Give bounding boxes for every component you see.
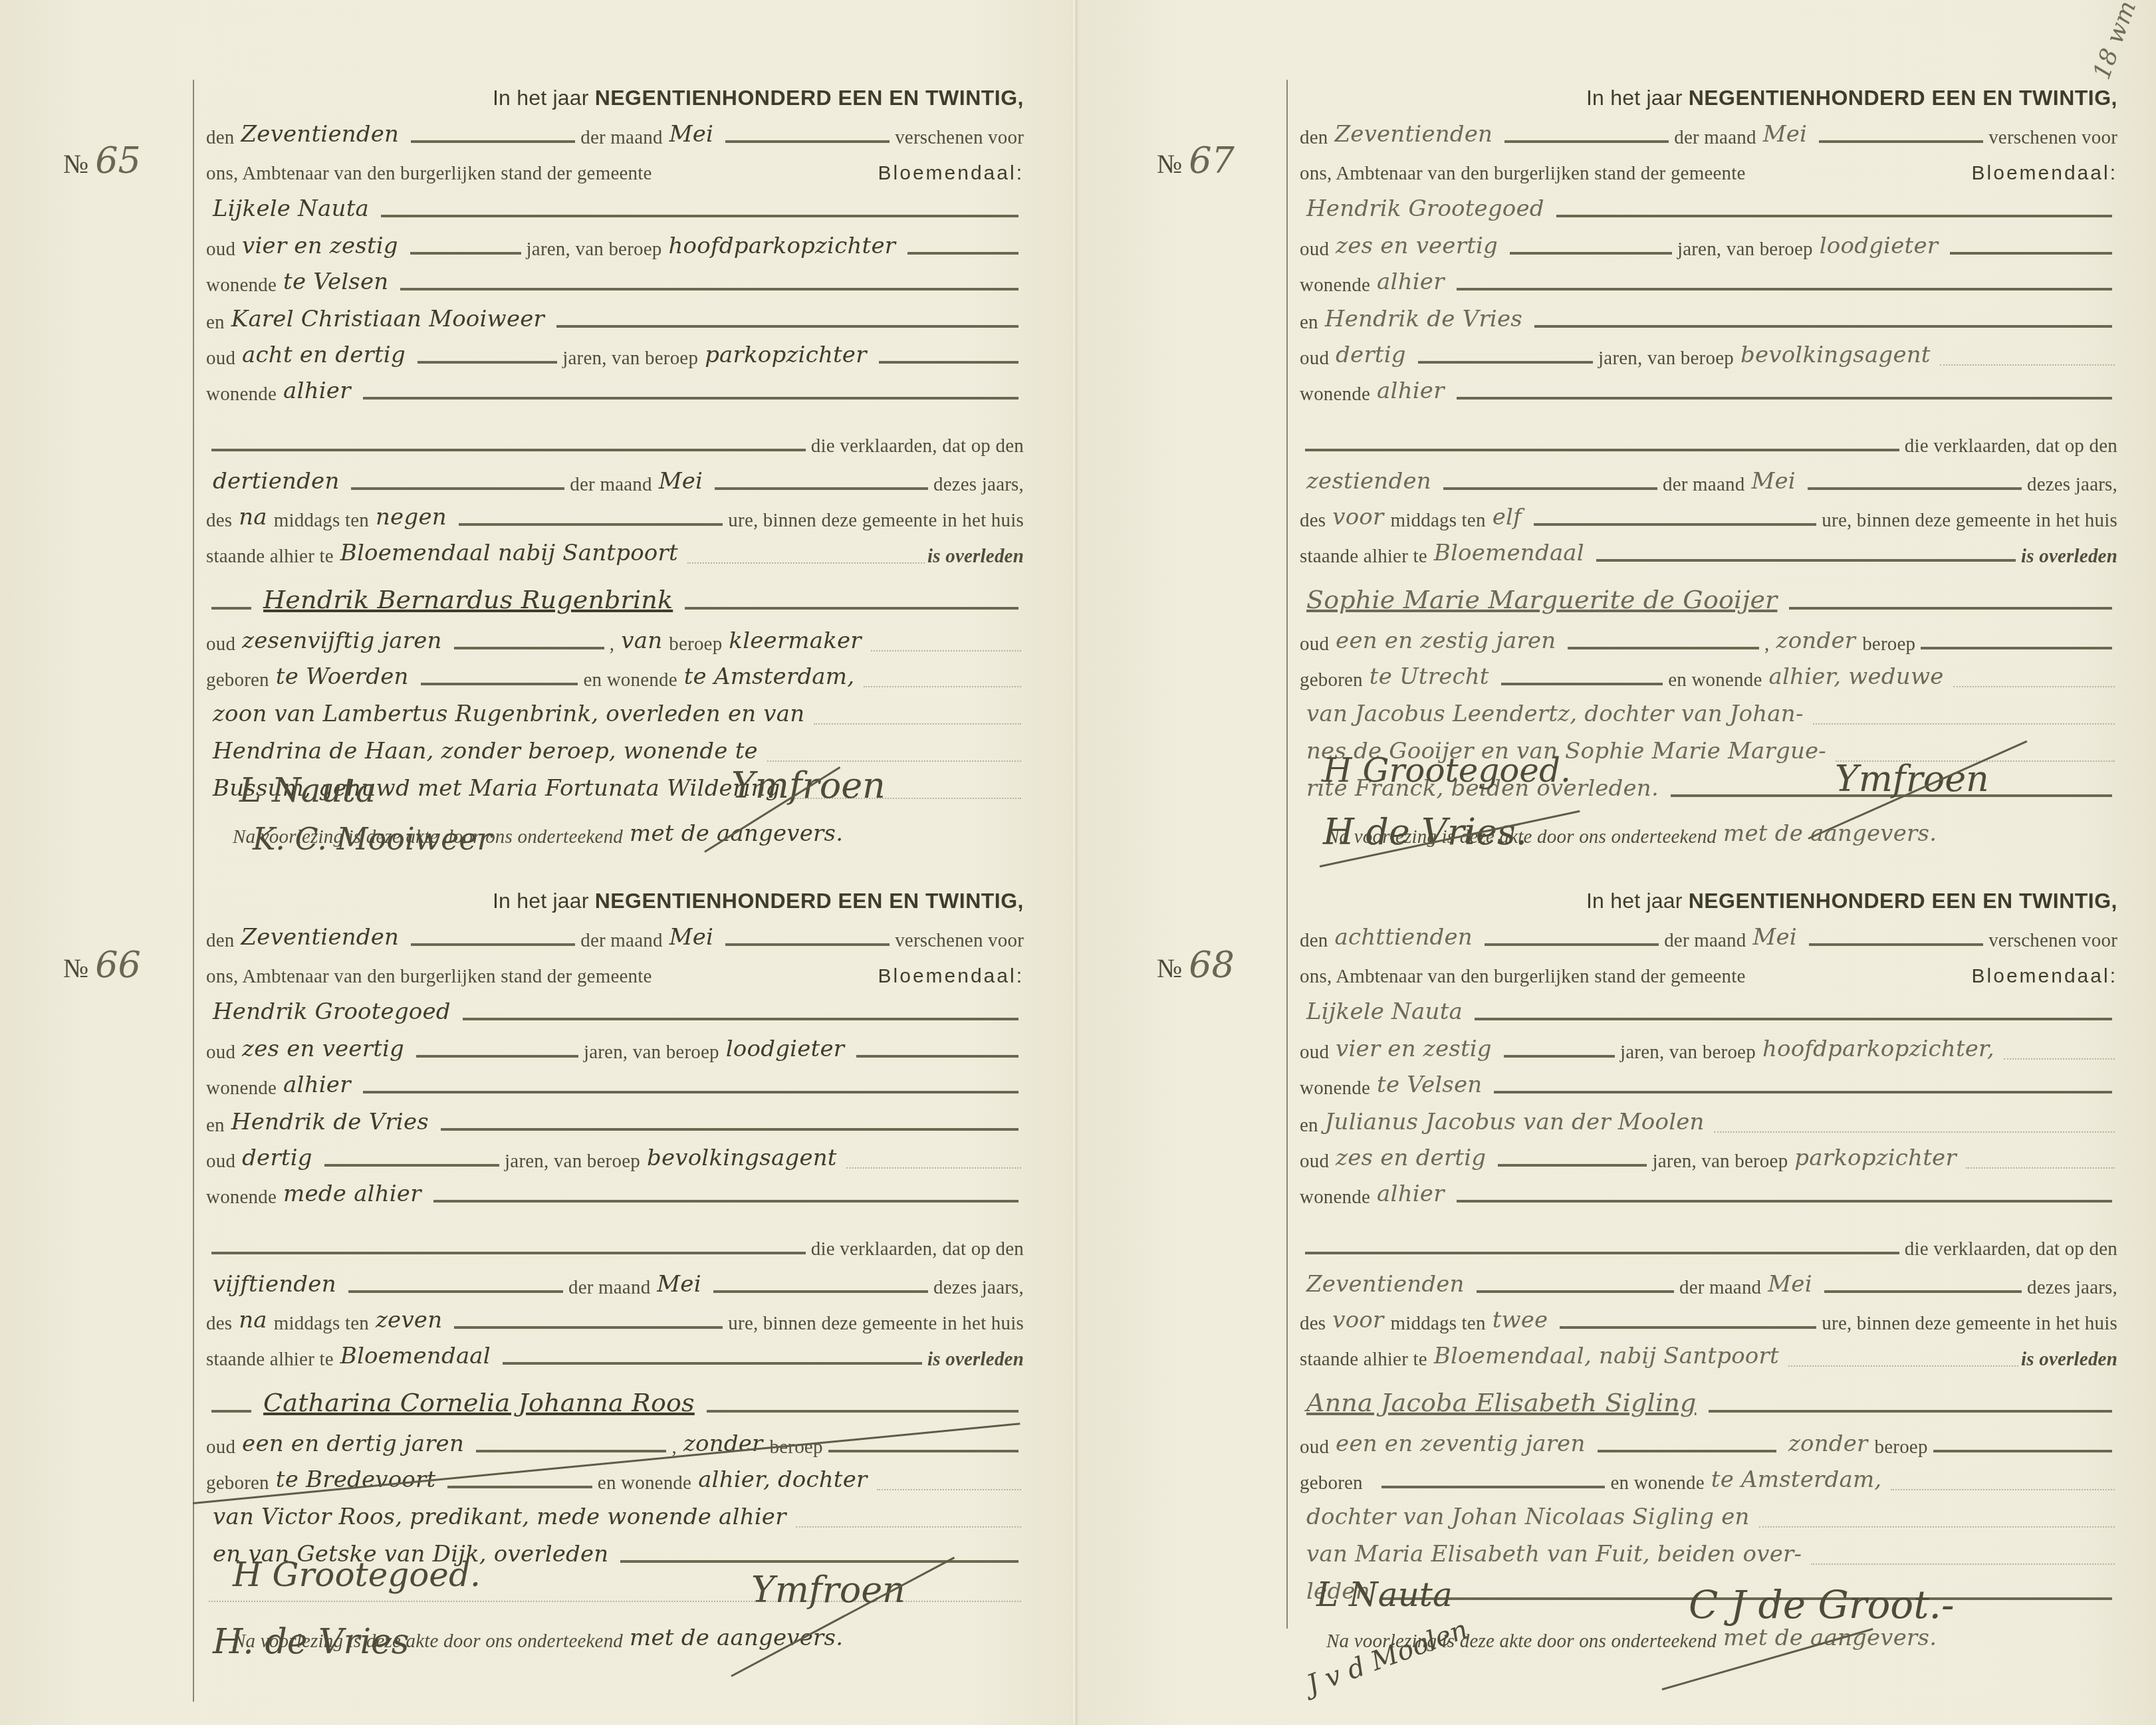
declarant1-name-line: Lijkele Nauta (206, 186, 1024, 223)
label-beroep: beroep (1875, 1437, 1928, 1458)
detail-text: van Jacobus Leendertz, dochter van Johan… (1300, 701, 1810, 727)
date-line: den achttienden der maand Mei verschenen… (1300, 915, 2117, 952)
label-en-wonende: en wonende (598, 1472, 691, 1494)
death-hour: elf (1486, 504, 1528, 530)
detail-line: zoon van Lambertus Rugenbrink, overleden… (206, 691, 1024, 729)
declarant2-name-line: en Hendrik de Vries (206, 1099, 1024, 1137)
death-date-line: dertienden der maand Mei dezes jaars, (206, 459, 1024, 496)
header-year: NEGENTIENHONDERD EEN EN TWINTIG, (595, 889, 1024, 913)
label-verklaarden: die verklaarden, dat op den (811, 435, 1024, 457)
label-staande: staande alhier te (206, 546, 334, 568)
header-line: In het jaar NEGENTIENHONDERD EEN EN TWIN… (206, 73, 1024, 110)
declarant2-name: Hendrik de Vries (225, 1109, 435, 1135)
label-beroep: jaren, van beroep (527, 239, 662, 261)
deceased-name-line: Anna Jacoba Elisabeth Sigling (1300, 1381, 2117, 1419)
label-oud: oud (1300, 1437, 1329, 1458)
time-part: voor (1326, 1307, 1390, 1333)
declarant2-residence-line: wonende alhier (1300, 368, 2117, 405)
label-oud: oud (206, 1437, 235, 1458)
label-geboren: geboren (206, 1472, 269, 1494)
label-beroep: jaren, van beroep (1620, 1042, 1756, 1064)
label-den: den (1300, 930, 1328, 952)
label-den: den (206, 127, 234, 149)
declarant1-name: Lijkele Nauta (206, 195, 376, 222)
official-line: ons, Ambtenaar van den burgerlijken stan… (1300, 148, 2117, 185)
label-des: des (206, 1313, 232, 1335)
declarant2-residence-line: wonende alhier (206, 368, 1024, 405)
label-ambtenaar: ons, Ambtenaar van den burgerlijken stan… (1300, 163, 1746, 185)
day-field: Zeventienden (1328, 121, 1499, 148)
death-month: Mei (652, 468, 709, 495)
detail-line: Hendrina de Haan, zonder beroep, wonende… (206, 729, 1024, 766)
deceased-name: Anna Jacoba Elisabeth Sigling (1300, 1388, 1703, 1417)
occupation-prefix: zonder (1782, 1431, 1875, 1457)
death-place: Bloemendaal (1427, 540, 1591, 566)
label-ambtenaar: ons, Ambtenaar van den burgerlijken stan… (206, 966, 652, 988)
label-staande: staande alhier te (1300, 546, 1427, 568)
declarant1-residence: alhier (1370, 269, 1451, 295)
month-field: Mei (663, 924, 720, 951)
left-margin-rule (193, 80, 194, 1702)
label-wonende: wonende (206, 1078, 277, 1099)
label-geboren: geboren (1300, 669, 1363, 691)
label-ure: ure, binnen deze gemeente in het huis (728, 1313, 1024, 1335)
time-part: voor (1326, 504, 1390, 530)
deceased-age-line: oud zesenvijftig jaren , van beroep klee… (206, 618, 1024, 655)
official-line: ons, Ambtenaar van den burgerlijken stan… (206, 951, 1024, 988)
detail-line: van Maria Elisabeth van Fuit, beiden ove… (1300, 1532, 2117, 1569)
time-part: na (232, 1307, 274, 1333)
declarant1-name: Lijkele Nauta (1300, 998, 1469, 1025)
deceased-name-line: Hendrik Bernardus Rugenbrink (206, 578, 1024, 616)
label-oud: oud (206, 1042, 235, 1064)
declarant2-occupation: bevolkingsagent (1734, 342, 1937, 368)
entry-number-65: №65 (63, 140, 141, 181)
birthplace: te Woerden (269, 663, 416, 690)
label-oud: oud (206, 633, 235, 655)
detail-text: van Maria Elisabeth van Fuit, beiden ove… (1300, 1541, 1808, 1567)
label-des: des (1300, 1313, 1326, 1335)
declaration-line: die verklaarden, dat op den (1300, 1223, 2117, 1260)
death-time-line: des voor middags ten elf ure, binnen dez… (1300, 495, 2117, 532)
declarant2-occupation: parkopzichter (1788, 1145, 1963, 1171)
number-symbol: № (1157, 953, 1182, 983)
death-date-line: zestienden der maand Mei dezes jaars, (1300, 459, 2117, 496)
deceased-birth-line: geboren te Utrecht en wonende alhier, we… (1300, 654, 2117, 691)
declarant2-name-line: en Karel Christiaan Mooiweer (206, 296, 1024, 334)
death-hour: zeven (369, 1307, 449, 1333)
death-place-line: staande alhier te Bloemendaal is overled… (1300, 530, 2117, 568)
label-ambtenaar: ons, Ambtenaar van den burgerlijken stan… (1300, 966, 1746, 988)
declarant2-occupation: parkopzichter (698, 342, 874, 368)
declarant2-age: dertig (235, 1145, 319, 1171)
deceased-age: een en zestig jaren (1329, 628, 1562, 654)
municipality: Bloemendaal: (878, 162, 1024, 185)
label-beroep: jaren, van beroep (562, 348, 698, 370)
declarant1-name: Hendrik Grootegoed (206, 998, 457, 1025)
occupation-prefix: van (614, 628, 669, 654)
label-oud: oud (1300, 1151, 1329, 1173)
label-oud: oud (1300, 348, 1329, 370)
declarant1-residence-line: wonende alhier (1300, 259, 2117, 296)
label-der-maand: der maand (570, 474, 652, 496)
label-beroep: jaren, van beroep (1652, 1151, 1788, 1173)
death-day: zestienden (1300, 468, 1438, 495)
label-staande: staande alhier te (206, 1349, 334, 1371)
month-field: Mei (1746, 924, 1804, 951)
deceased-name-line: Sophie Marie Marguerite de Gooijer (1300, 578, 2117, 616)
label-verschenen: verschenen voor (1988, 930, 2117, 952)
label-verschenen: verschenen voor (895, 127, 1024, 149)
declarant1-occupation: hoofdparkopzichter, (1756, 1036, 2001, 1062)
label-wonende: wonende (1300, 1078, 1370, 1099)
death-place-line: staande alhier te Bloemendaal, nabij San… (1300, 1333, 2117, 1371)
detail-text: van Victor Roos, predikant, mede wonende… (206, 1504, 793, 1530)
municipality: Bloemendaal: (878, 965, 1024, 988)
deceased-residence: te Amsterdam, (1705, 1466, 1889, 1493)
label-dezes-jaars: dezes jaars, (2027, 1277, 2117, 1299)
label-ure: ure, binnen deze gemeente in het huis (1822, 510, 2117, 532)
signature-declarant2: H. de Vries (213, 1622, 410, 1662)
label-den: den (1300, 127, 1328, 149)
day-field: Zeventienden (234, 924, 406, 951)
label-beroep: jaren, van beroep (584, 1042, 719, 1064)
declarant2-residence: mede alhier (277, 1181, 428, 1207)
label-geboren: geboren (1300, 1472, 1363, 1494)
declarant2-age-line: oud zes en dertig jaren, van beroep park… (1300, 1135, 2117, 1173)
label-middags: middags ten (1390, 1313, 1485, 1335)
signed-with: met de aangevers. (1717, 820, 1943, 847)
declarant1-age-line: oud vier en zestig jaren, van beroep hoo… (1300, 1026, 2117, 1064)
signature-declarant1: L Nauta (1316, 1575, 1453, 1614)
header-line: In het jaar NEGENTIENHONDERD EEN EN TWIN… (1300, 73, 2117, 110)
label-en: en (1300, 1115, 1318, 1137)
signed-with: met de aangevers. (623, 1625, 850, 1651)
declarant2-age: zes en dertig (1329, 1145, 1493, 1171)
detail-text: dochter van Johan Nicolaas Sigling en (1300, 1504, 1756, 1530)
label-verklaarden: die verklaarden, dat op den (1905, 1238, 2117, 1260)
declarant2-age-line: oud acht en dertig jaren, van beroep par… (206, 332, 1024, 370)
detail-line: van Victor Roos, predikant, mede wonende… (206, 1494, 1024, 1532)
death-date-line: vijftienden der maand Mei dezes jaars, (206, 1262, 1024, 1299)
declarant1-occupation: loodgieter (719, 1036, 851, 1062)
day-field: achttienden (1328, 924, 1479, 951)
label-en: en (206, 1115, 225, 1137)
signature-registrar: C J de Groot.- (1689, 1582, 1955, 1627)
label-wonende: wonende (206, 275, 277, 296)
occupation-prefix: zonder (1770, 628, 1863, 654)
label-der-maand: der maand (1664, 930, 1746, 952)
label-der-maand: der maand (580, 127, 662, 149)
death-day: Zeventienden (1300, 1271, 1471, 1298)
label-oud: oud (1300, 239, 1329, 261)
declarant1-name: Hendrik Grootegoed (1300, 195, 1551, 222)
label-overleden: is overleden (2021, 546, 2117, 568)
label-der-maand: der maand (1663, 474, 1744, 496)
number-symbol: № (1157, 149, 1182, 179)
deceased-age: een en dertig jaren (235, 1431, 471, 1457)
death-place: Bloemendaal nabij Santpoort (334, 540, 685, 566)
declarant2-name: Julianus Jacobus van der Moolen (1318, 1109, 1711, 1135)
death-hour: twee (1486, 1307, 1555, 1333)
declaration-line: die verklaarden, dat op den (206, 420, 1024, 457)
signed-with: met de aangevers. (623, 820, 850, 847)
header-prefix: In het jaar (493, 889, 589, 913)
label-wonende: wonende (1300, 275, 1370, 296)
label-der-maand: der maand (568, 1277, 650, 1299)
entry-number: 67 (1189, 140, 1235, 181)
declarant1-age: vier en zestig (235, 233, 405, 259)
label-staande: staande alhier te (1300, 1349, 1427, 1371)
declarant2-occupation: bevolkingsagent (640, 1145, 844, 1171)
declarant1-occupation: hoofdparkopzichter (662, 233, 903, 259)
label-wonende: wonende (1300, 384, 1370, 405)
declarant1-occupation: loodgieter (1813, 233, 1945, 259)
declarant1-name-line: Hendrik Grootegoed (206, 989, 1024, 1026)
label-ure: ure, binnen deze gemeente in het huis (1822, 1313, 2117, 1335)
death-day: vijftienden (206, 1271, 343, 1298)
declarant2-residence-line: wonende alhier (1300, 1171, 2117, 1208)
declarant1-residence-line: wonende te Velsen (206, 259, 1024, 296)
label-dezes-jaars: dezes jaars, (933, 474, 1024, 496)
declarant1-age-line: oud zes en veertig jaren, van beroep loo… (206, 1026, 1024, 1064)
death-place: Bloemendaal, nabij Santpoort (1427, 1343, 1786, 1369)
entry-number: 68 (1189, 944, 1235, 986)
municipality: Bloemendaal: (1972, 162, 2117, 185)
label-en: en (206, 312, 225, 334)
label-verklaarden: die verklaarden, dat op den (811, 1238, 1024, 1260)
label-verklaarden: die verklaarden, dat op den (1905, 435, 2117, 457)
entry-number-67: №67 (1157, 140, 1235, 181)
signature-declarant2: K. C. Mooiweer (253, 821, 491, 857)
declarant2-residence: alhier (277, 378, 358, 404)
birthplace: te Bredevoort (269, 1466, 443, 1493)
signature-declarant1: H Grootegoed. (1323, 751, 1571, 790)
declarant2-age: acht en dertig (235, 342, 412, 368)
label-beroep: beroep (669, 633, 722, 655)
death-place-line: staande alhier te Bloemendaal is overled… (206, 1333, 1024, 1371)
number-symbol: № (63, 149, 88, 179)
death-place-line: staande alhier te Bloemendaal nabij Sant… (206, 530, 1024, 568)
declarant1-age-line: oud vier en zestig jaren, van beroep hoo… (206, 223, 1024, 261)
label-ambtenaar: ons, Ambtenaar van den burgerlijken stan… (206, 163, 652, 185)
municipality: Bloemendaal: (1972, 965, 2117, 988)
declarant2-residence: alhier (1370, 1181, 1451, 1207)
declarant1-residence: alhier (277, 1072, 358, 1098)
entry-number-66: №66 (63, 944, 141, 986)
label-verschenen: verschenen voor (1988, 127, 2117, 149)
signed-with: met de aangevers. (1717, 1625, 1943, 1651)
death-month: Mei (650, 1271, 707, 1298)
label-oud: oud (1300, 633, 1329, 655)
declarant1-residence: te Velsen (1370, 1072, 1489, 1098)
death-time-line: des na middags ten negen ure, binnen dez… (206, 495, 1024, 532)
header-prefix: In het jaar (1586, 889, 1683, 913)
right-margin-rule (1286, 80, 1288, 1629)
label-beroep: beroep (1862, 633, 1915, 655)
declaration-line: die verklaarden, dat op den (1300, 420, 2117, 457)
signature-declarant2: H de Vries. (1323, 811, 1527, 853)
death-day: dertienden (206, 468, 346, 495)
label-overleden: is overleden (927, 546, 1024, 568)
declarant2-name-line: en Hendrik de Vries (1300, 296, 2117, 334)
deceased-name: Hendrik Bernardus Rugenbrink (257, 585, 679, 614)
death-month: Mei (1744, 468, 1802, 495)
label-wonende: wonende (206, 384, 277, 405)
date-line: den Zeventienden der maand Mei verschene… (206, 112, 1024, 149)
declarant2-residence-line: wonende mede alhier (206, 1171, 1024, 1208)
label-der-maand: der maand (1679, 1277, 1761, 1299)
day-field: Zeventienden (234, 121, 406, 148)
header-year: NEGENTIENHONDERD EEN EN TWINTIG, (1689, 86, 2117, 110)
declarant1-age: zes en veertig (1329, 233, 1504, 259)
declarant2-age-line: oud dertig jaren, van beroep bevolkingsa… (206, 1135, 1024, 1173)
header-year: NEGENTIENHONDERD EEN EN TWINTIG, (1689, 889, 2117, 913)
death-date-line: Zeventienden der maand Mei dezes jaars, (1300, 1262, 2117, 1299)
deceased-birth-line: geboren en wonende te Amsterdam, (1300, 1457, 2117, 1494)
month-field: Mei (663, 121, 720, 148)
declarant1-residence-line: wonende alhier (206, 1062, 1024, 1099)
deceased-residence: te Amsterdam, (677, 663, 862, 690)
header-year: NEGENTIENHONDERD EEN EN TWINTIG, (595, 86, 1024, 110)
deceased-age: een en zeventig jaren (1329, 1431, 1592, 1457)
month-field: Mei (1756, 121, 1814, 148)
label-dezes-jaars: dezes jaars, (933, 1277, 1024, 1299)
label-des: des (1300, 510, 1326, 532)
label-den: den (206, 930, 234, 952)
deceased-age-line: oud een en zeventig jaren zonder beroep (1300, 1421, 2117, 1458)
label-en-wonende: en wonende (1668, 669, 1762, 691)
declarant1-name-line: Hendrik Grootegoed (1300, 186, 2117, 223)
signature-declarant1: H Grootegoed. (233, 1555, 481, 1594)
label-wonende: wonende (1300, 1187, 1370, 1208)
label-oud: oud (1300, 1042, 1329, 1064)
official-line: ons, Ambtenaar van den burgerlijken stan… (206, 148, 1024, 185)
detail-text: zoon van Lambertus Rugenbrink, overleden… (206, 701, 811, 727)
label-en-wonende: en wonende (583, 669, 677, 691)
header-line: In het jaar NEGENTIENHONDERD EEN EN TWIN… (1300, 876, 2117, 913)
declarant2-name: Karel Christiaan Mooiweer (225, 306, 551, 332)
label-beroep: jaren, van beroep (1598, 348, 1734, 370)
declarant1-age: zes en veertig (235, 1036, 411, 1062)
birthplace: te Utrecht (1363, 663, 1496, 690)
label-beroep: jaren, van beroep (1677, 239, 1813, 261)
label-geboren: geboren (206, 669, 269, 691)
label-dezes-jaars: dezes jaars, (2027, 474, 2117, 496)
label-beroep: jaren, van beroep (505, 1151, 640, 1173)
label-en: en (1300, 312, 1318, 334)
label-verschenen: verschenen voor (895, 930, 1024, 952)
label-des: des (206, 510, 232, 532)
declarant2-name: Hendrik de Vries (1318, 306, 1529, 332)
number-symbol: № (63, 953, 88, 983)
header-prefix: In het jaar (1586, 86, 1683, 110)
label-der-maand: der maand (1674, 127, 1756, 149)
label-en-wonende: en wonende (1610, 1472, 1704, 1494)
signature-declarant1: L Nauta (239, 771, 376, 810)
label-overleden: is overleden (2021, 1349, 2117, 1371)
entry-number: 65 (95, 140, 141, 181)
declarant1-age: vier en zestig (1329, 1036, 1498, 1062)
label-middags: middags ten (1390, 510, 1485, 532)
book-gutter (1072, 0, 1078, 1725)
signature-registrar: Ymfroen (751, 1569, 905, 1611)
deceased-residence: alhier, dochter (691, 1466, 874, 1493)
death-time-line: des na middags ten zeven ure, binnen dez… (206, 1298, 1024, 1335)
label-wonende: wonende (206, 1187, 277, 1208)
header-prefix: In het jaar (493, 86, 589, 110)
death-time-line: des voor middags ten twee ure, binnen de… (1300, 1298, 2117, 1335)
time-part: na (232, 504, 274, 530)
deceased-age: zesenvijftig jaren (235, 628, 449, 654)
death-month: Mei (1761, 1271, 1818, 1298)
declarant1-name-line: Lijkele Nauta (1300, 989, 2117, 1026)
label-middags: middags ten (274, 1313, 369, 1335)
detail-line: dochter van Johan Nicolaas Sigling en (1300, 1494, 2117, 1532)
label-middags: middags ten (274, 510, 369, 532)
death-place: Bloemendaal (334, 1343, 497, 1369)
declarant1-residence: te Velsen (277, 269, 395, 295)
label-oud: oud (206, 348, 235, 370)
entry-number-68: №68 (1157, 944, 1235, 986)
header-line: In het jaar NEGENTIENHONDERD EEN EN TWIN… (206, 876, 1024, 913)
deceased-birth-line: geboren te Woerden en wonende te Amsterd… (206, 654, 1024, 691)
declarant2-age: dertig (1329, 342, 1413, 368)
deceased-residence: alhier, weduwe (1762, 663, 1950, 690)
detail-text: Hendrina de Haan, zonder beroep, wonende… (206, 738, 765, 764)
declarant2-age-line: oud dertig jaren, van beroep bevolkingsa… (1300, 332, 2117, 370)
official-line: ons, Ambtenaar van den burgerlijken stan… (1300, 951, 2117, 988)
declarant1-age-line: oud zes en veertig jaren, van beroep loo… (1300, 223, 2117, 261)
date-line: den Zeventienden der maand Mei verschene… (206, 915, 1024, 952)
deceased-name-line: Catharina Cornelia Johanna Roos (206, 1381, 1024, 1419)
deceased-name: Sophie Marie Marguerite de Gooijer (1300, 585, 1784, 614)
entry-number: 66 (95, 944, 141, 986)
declarant2-residence: alhier (1370, 378, 1451, 404)
death-hour: negen (369, 504, 453, 530)
label-oud: oud (206, 239, 235, 261)
detail-line: van Jacobus Leendertz, dochter van Johan… (1300, 691, 2117, 729)
declarant1-residence-line: wonende te Velsen (1300, 1062, 2117, 1099)
date-line: den Zeventienden der maand Mei verschene… (1300, 112, 2117, 149)
deceased-occupation: kleermaker (722, 628, 868, 654)
label-der-maand: der maand (580, 930, 662, 952)
deceased-name: Catharina Cornelia Johanna Roos (257, 1388, 701, 1417)
label-oud: oud (206, 1151, 235, 1173)
deceased-age-line: oud een en zestig jaren , zonder beroep (1300, 618, 2117, 655)
label-ure: ure, binnen deze gemeente in het huis (728, 510, 1024, 532)
declaration-line: die verklaarden, dat op den (206, 1223, 1024, 1260)
label-overleden: is overleden (927, 1349, 1024, 1371)
declarant2-name-line: en Julianus Jacobus van der Moolen (1300, 1099, 2117, 1137)
deceased-age-line: oud een en dertig jaren , zonder beroep (206, 1421, 1024, 1458)
